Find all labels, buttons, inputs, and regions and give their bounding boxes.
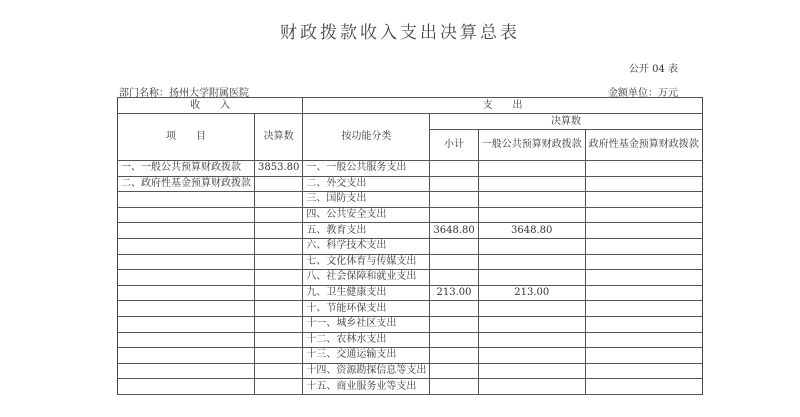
expense-subtotal xyxy=(430,316,478,332)
income-item: 一、一般公共预算财政拨款 xyxy=(118,161,255,177)
expense-subtotal xyxy=(430,238,478,254)
col-header-general-budget: 一般公共预算财政拨款 xyxy=(478,130,585,161)
income-item xyxy=(118,379,255,395)
expense-item: 十三、交通运输支出 xyxy=(303,348,430,364)
expense-fund xyxy=(585,192,702,208)
expense-subtotal xyxy=(430,207,478,223)
expense-item: 十、节能环保支出 xyxy=(303,301,430,317)
expense-fund xyxy=(585,238,702,254)
expense-fund xyxy=(585,301,702,317)
income-item xyxy=(118,207,255,223)
expense-subtotal xyxy=(430,176,478,192)
income-amount xyxy=(255,238,303,254)
table-row: 十、节能环保支出 xyxy=(118,301,703,317)
table-row: 六、科学技术支出 xyxy=(118,238,703,254)
income-amount xyxy=(255,270,303,286)
table-row: 十四、资源勘探信息等支出 xyxy=(118,363,703,379)
expense-subtotal xyxy=(430,270,478,286)
income-item xyxy=(118,270,255,286)
income-item xyxy=(118,363,255,379)
table-row: 七、文化体育与传媒支出 xyxy=(118,254,703,270)
income-amount xyxy=(255,301,303,317)
table-row: 一、一般公共预算财政拨款 3853.80 一、一般公共服务支出 xyxy=(118,161,703,177)
income-amount xyxy=(255,223,303,239)
expense-fund xyxy=(585,379,702,395)
expense-fund xyxy=(585,363,702,379)
expense-item: 十四、资源勘探信息等支出 xyxy=(303,363,430,379)
income-amount xyxy=(255,285,303,301)
expense-item: 四、公共安全支出 xyxy=(303,207,430,223)
expense-subtotal xyxy=(430,348,478,364)
expense-item: 九、卫生健康支出 xyxy=(303,285,430,301)
table-row: 十一、城乡社区支出 xyxy=(118,316,703,332)
expense-general xyxy=(478,363,585,379)
expense-item: 八、社会保障和就业支出 xyxy=(303,270,430,286)
expense-item: 三、国防支出 xyxy=(303,192,430,208)
expense-fund xyxy=(585,207,702,223)
expense-fund xyxy=(585,348,702,364)
expense-fund xyxy=(585,316,702,332)
income-item: 二、政府性基金预算财政拨款 xyxy=(118,176,255,192)
expense-general xyxy=(478,348,585,364)
income-item xyxy=(118,223,255,239)
income-item xyxy=(118,332,255,348)
expense-item: 一、一般公共服务支出 xyxy=(303,161,430,177)
expense-fund xyxy=(585,254,702,270)
income-amount xyxy=(255,348,303,364)
expense-general xyxy=(478,332,585,348)
expense-subtotal xyxy=(430,363,478,379)
expense-general xyxy=(478,161,585,177)
expense-fund xyxy=(585,223,702,239)
expense-subtotal xyxy=(430,301,478,317)
table-row: 八、社会保障和就业支出 xyxy=(118,270,703,286)
table-row: 十三、交通运输支出 xyxy=(118,348,703,364)
expense-item: 二、外交支出 xyxy=(303,176,430,192)
expense-general: 213.00 xyxy=(478,285,585,301)
income-item xyxy=(118,285,255,301)
income-amount: 3853.80 xyxy=(255,161,303,177)
table-row: 十二、农林水支出 xyxy=(118,332,703,348)
expense-general xyxy=(478,176,585,192)
expense-fund xyxy=(585,270,702,286)
document-title: 财政拨款收入支出决算总表 xyxy=(0,18,800,43)
expense-general xyxy=(478,192,585,208)
expense-general xyxy=(478,316,585,332)
form-number: 公开 04 表 xyxy=(629,60,678,75)
header-row-columns: 项 目 决算数 按功能分类 决算数 xyxy=(118,114,703,130)
col-header-final-group: 决算数 xyxy=(430,114,702,130)
income-item xyxy=(118,348,255,364)
col-header-fund-budget: 政府性基金预算财政拨款 xyxy=(585,130,702,161)
income-amount xyxy=(255,379,303,395)
expense-section-header: 支 出 xyxy=(303,98,702,114)
income-item xyxy=(118,316,255,332)
income-amount xyxy=(255,192,303,208)
expense-item: 十五、商业服务业等支出 xyxy=(303,379,430,395)
income-item xyxy=(118,192,255,208)
expense-subtotal xyxy=(430,379,478,395)
expense-item: 十一、城乡社区支出 xyxy=(303,316,430,332)
expense-subtotal xyxy=(430,254,478,270)
budget-summary-table: 收 入 支 出 项 目 决算数 按功能分类 决算数 小计 一般公共预算财政拨款 … xyxy=(117,97,703,395)
expense-fund xyxy=(585,332,702,348)
expense-item: 七、文化体育与传媒支出 xyxy=(303,254,430,270)
expense-general xyxy=(478,207,585,223)
expense-general xyxy=(478,254,585,270)
expense-general xyxy=(478,270,585,286)
expense-item: 六、科学技术支出 xyxy=(303,238,430,254)
expense-general: 3648.80 xyxy=(478,223,585,239)
expense-subtotal xyxy=(430,161,478,177)
income-amount xyxy=(255,363,303,379)
expense-fund xyxy=(585,285,702,301)
expense-item: 十二、农林水支出 xyxy=(303,332,430,348)
income-amount xyxy=(255,207,303,223)
expense-subtotal xyxy=(430,332,478,348)
income-amount xyxy=(255,316,303,332)
income-section-header: 收 入 xyxy=(118,98,303,114)
income-amount xyxy=(255,254,303,270)
expense-general xyxy=(478,301,585,317)
income-item xyxy=(118,254,255,270)
table-row: 十五、商业服务业等支出 xyxy=(118,379,703,395)
income-amount xyxy=(255,176,303,192)
expense-subtotal xyxy=(430,192,478,208)
expense-subtotal: 213.00 xyxy=(430,285,478,301)
col-header-subtotal: 小计 xyxy=(430,130,478,161)
expense-fund xyxy=(585,161,702,177)
expense-item: 五、教育支出 xyxy=(303,223,430,239)
expense-general xyxy=(478,379,585,395)
table-row: 二、政府性基金预算财政拨款 二、外交支出 xyxy=(118,176,703,192)
table-row: 四、公共安全支出 xyxy=(118,207,703,223)
col-header-item: 项 目 xyxy=(118,114,255,161)
table-row: 五、教育支出 3648.80 3648.80 xyxy=(118,223,703,239)
col-header-function-class: 按功能分类 xyxy=(303,114,430,161)
header-row-sections: 收 入 支 出 xyxy=(118,98,703,114)
table-row: 三、国防支出 xyxy=(118,192,703,208)
expense-subtotal: 3648.80 xyxy=(430,223,478,239)
income-amount xyxy=(255,332,303,348)
income-item xyxy=(118,301,255,317)
col-header-final-amount: 决算数 xyxy=(255,114,303,161)
expense-fund xyxy=(585,176,702,192)
income-item xyxy=(118,238,255,254)
expense-general xyxy=(478,238,585,254)
table-row: 九、卫生健康支出 213.00 213.00 xyxy=(118,285,703,301)
